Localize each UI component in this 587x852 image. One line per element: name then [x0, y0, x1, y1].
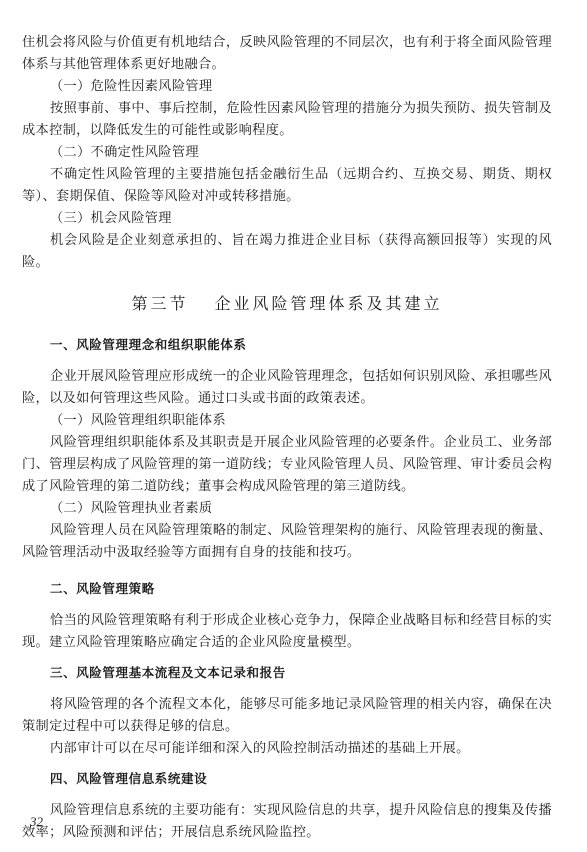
heading-information-system: 四、风险管理信息系统建设 [22, 768, 552, 790]
paragraph-hazard-risk: 按照事前、事中、事后控制，危险性因素风险管理的措施分为损失预防、损失管制及成本控… [22, 98, 552, 142]
page-number: 32 [30, 814, 43, 830]
heading-philosophy-organization: 一、风险管理理念和组织职能体系 [22, 334, 552, 356]
section-title: 第三节企业风险管理体系及其建立 [22, 292, 552, 316]
paragraph: 风险管理信息系统的主要功能有：实现风险信息的共享，提升风险信息的搜集及传播效率；… [22, 800, 552, 844]
paragraph: 恰当的风险管理策略有利于形成企业核心竞争力，保障企业战略目标和经营目标的实现。建… [22, 610, 552, 654]
document-page: 住机会将风险与价值更有机地结合，反映风险管理的不同层次，也有利于将全面风险管理体… [22, 32, 552, 844]
subheading-uncertainty-risk: （二）不确定性风险管理 [22, 142, 552, 164]
paragraph-continued: 住机会将风险与价值更有机地结合，反映风险管理的不同层次，也有利于将全面风险管理体… [22, 32, 552, 76]
paragraph: 内部审计可以在尽可能详细和深入的风险控制活动描述的基础上开展。 [22, 738, 552, 760]
subheading: （一）风险管理组织职能体系 [22, 410, 552, 432]
subheading: （二）风险管理执业者素质 [22, 498, 552, 520]
subheading-opportunity-risk: （三）机会风险管理 [22, 208, 552, 230]
paragraph-opportunity-risk: 机会风险是企业刻意承担的、旨在竭力推进企业目标（获得高额回报等）实现的风险。 [22, 230, 552, 274]
heading-process-documentation: 三、风险管理基本流程及文本记录和报告 [22, 662, 552, 684]
paragraph: 风险管理组织职能体系及其职责是开展企业风险管理的必要条件。企业员工、业务部门、管… [22, 432, 552, 498]
paragraph: 风险管理人员在风险管理策略的制定、风险管理架构的施行、风险管理表现的衡量、风险管… [22, 520, 552, 564]
paragraph: 将风险管理的各个流程文本化，能够尽可能多地记录风险管理的相关内容，确保在决策制定… [22, 694, 552, 738]
paragraph: 企业开展风险管理应形成统一的企业风险管理理念，包括如何识别风险、承担哪些风险，以… [22, 366, 552, 410]
section-number: 第三节 [131, 294, 188, 313]
section-title-text: 企业风险管理体系及其建立 [215, 294, 443, 313]
heading-strategy: 二、风险管理策略 [22, 578, 552, 600]
paragraph-uncertainty-risk: 不确定性风险管理的主要措施包括金融衍生品（远期合约、互换交易、期货、期权等）、套… [22, 164, 552, 208]
subheading-hazard-risk: （一）危险性因素风险管理 [22, 76, 552, 98]
